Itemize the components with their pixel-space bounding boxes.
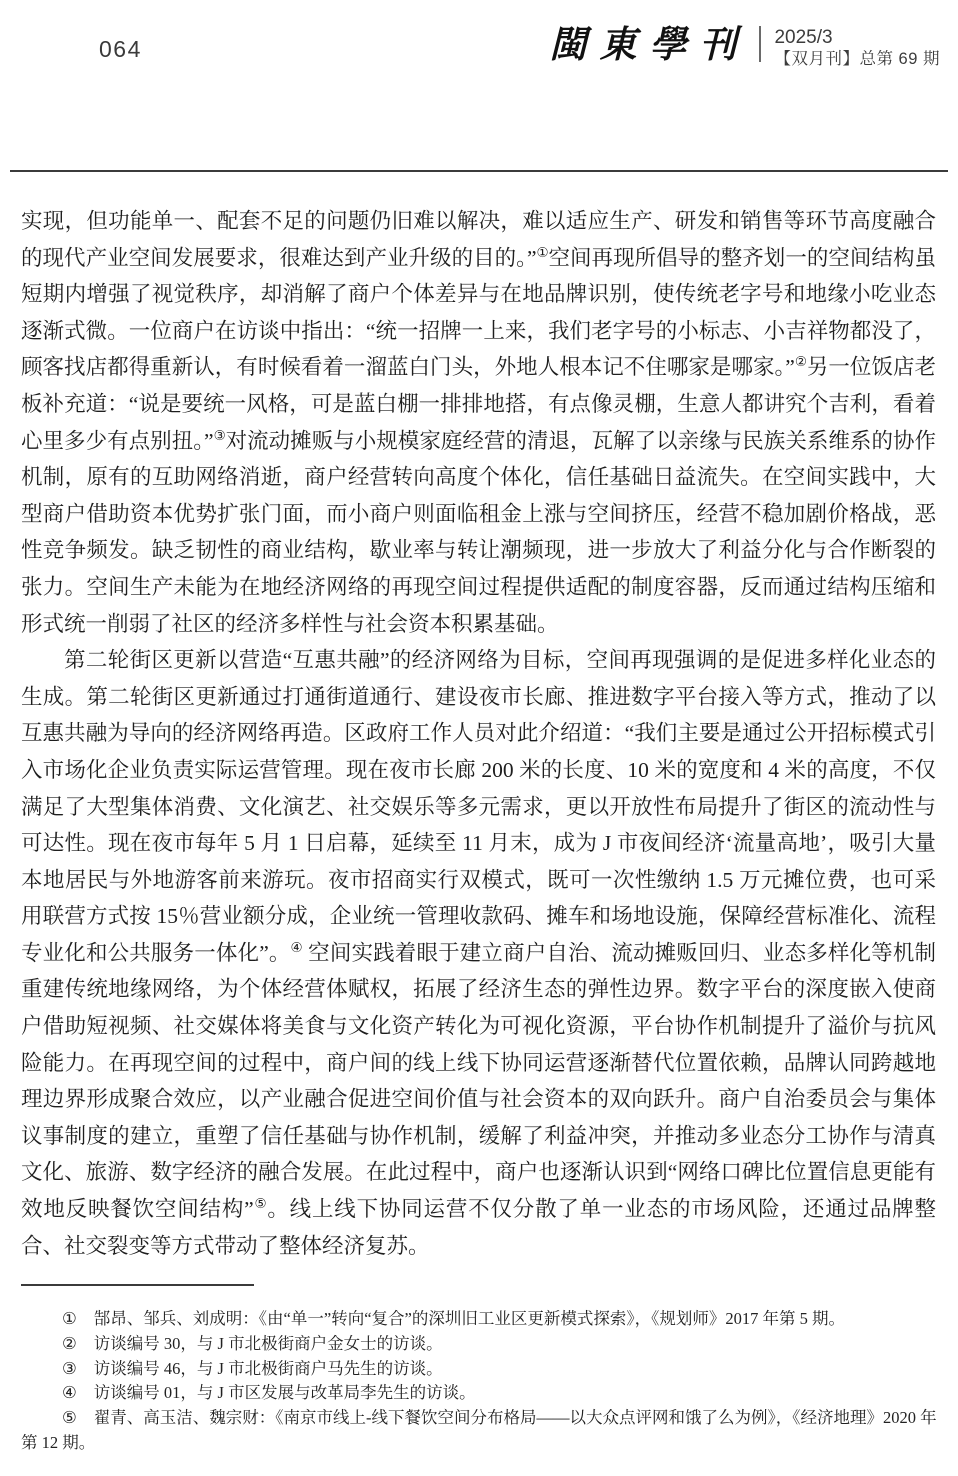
issue-number: 2025/3 <box>774 26 940 49</box>
footnote-item: ②访谈编号 30，与 J 市北极街商户金女士的访谈。 <box>21 1332 937 1357</box>
page-number: 064 <box>99 36 142 63</box>
footnote-item: ③访谈编号 46，与 J 市北极街商户马先生的访谈。 <box>21 1357 937 1382</box>
footnote-text: 翟青、高玉洁、魏宗财：《南京市线上-线下餐饮空间分布格局——以大众点评网和饿了么… <box>21 1408 937 1452</box>
paragraph-second-round: 第二轮街区更新以营造“互惠共融”的经济网络为目标，空间再现强调的是促进多样化业态… <box>21 642 936 1264</box>
masthead-divider <box>759 26 761 62</box>
footnote-marker: ④ <box>62 1383 77 1402</box>
masthead: 閩東學刊 2025/3 【双月刊】总第 69 期 <box>549 24 940 70</box>
issue-info: 【双月刊】总第 69 期 <box>774 49 940 70</box>
footnote-item: ①郜昂、邹兵、刘成明：《由“单一”转向“复合”的深圳旧工业区更新模式探索》，《规… <box>21 1307 937 1332</box>
header-rule <box>10 170 948 172</box>
issue-block: 2025/3 【双月刊】总第 69 期 <box>774 24 940 70</box>
journal-title: 閩東學刊 <box>549 24 749 68</box>
footnote-marker: ③ <box>62 1359 77 1378</box>
journal-page: 064 閩東學刊 2025/3 【双月刊】总第 69 期 实现，但功能单一、配套… <box>0 0 958 1476</box>
footnote-marker: ⑤ <box>62 1408 77 1427</box>
footnote-item: ⑤翟青、高玉洁、魏宗财：《南京市线上-线下餐饮空间分布格局——以大众点评网和饿了… <box>21 1406 937 1456</box>
footnotes-section: ①郜昂、邹兵、刘成明：《由“单一”转向“复合”的深圳旧工业区更新模式探索》，《规… <box>21 1284 937 1456</box>
article-body: 实现，但功能单一、配套不足的问题仍旧难以解决，难以适应生产、研发和销售等环节高度… <box>21 203 936 1264</box>
footnote-text: 访谈编号 30，与 J 市北极街商户金女士的访谈。 <box>94 1334 443 1353</box>
footnote-text: 访谈编号 46，与 J 市北极街商户马先生的访谈。 <box>94 1359 443 1378</box>
footnote-item: ④访谈编号 01，与 J 市区发展与改革局李先生的访谈。 <box>21 1381 937 1406</box>
paragraph-continuation: 实现，但功能单一、配套不足的问题仍旧难以解决，难以适应生产、研发和销售等环节高度… <box>21 203 936 642</box>
footnote-separator <box>21 1284 254 1286</box>
footnote-marker: ① <box>62 1309 77 1328</box>
footnote-marker: ② <box>62 1334 77 1353</box>
footnote-text: 郜昂、邹兵、刘成明：《由“单一”转向“复合”的深圳旧工业区更新模式探索》，《规划… <box>94 1309 845 1328</box>
footnote-text: 访谈编号 01，与 J 市区发展与改革局李先生的访谈。 <box>94 1383 476 1402</box>
